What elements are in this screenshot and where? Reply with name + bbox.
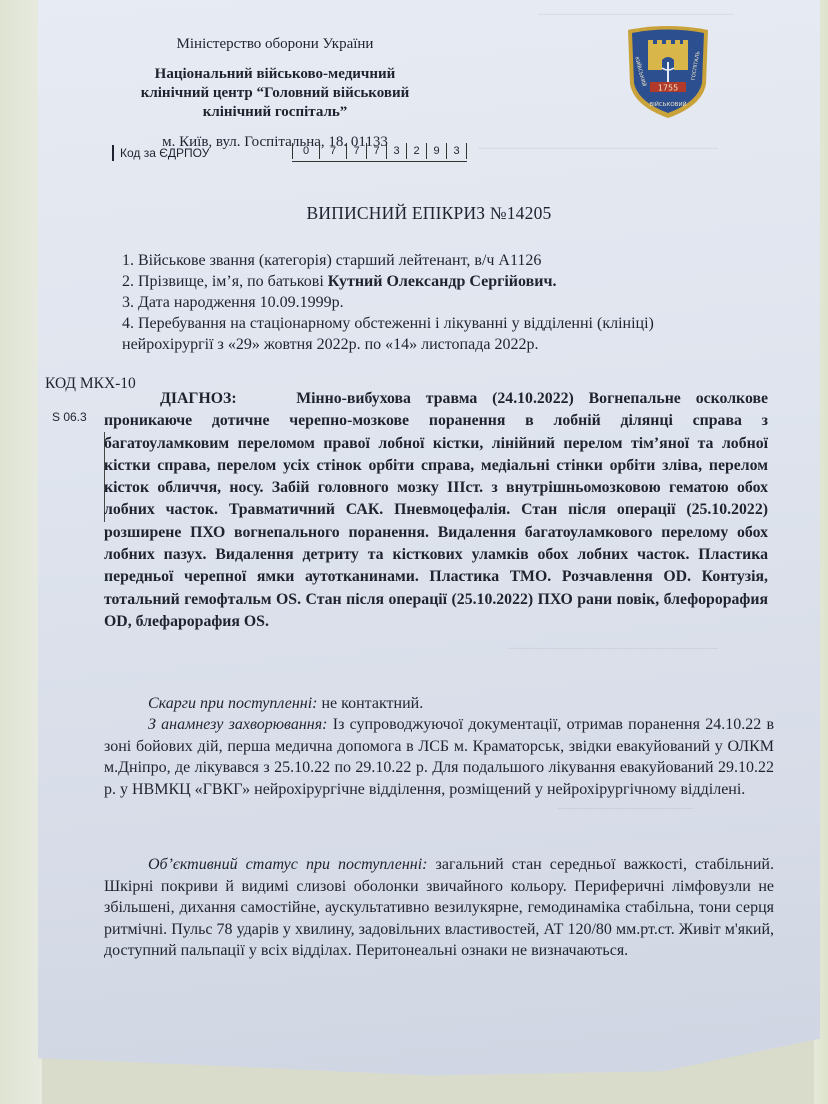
- center-name-line2: клінічний центр “Головний військовий: [110, 84, 440, 103]
- edrpou-digit: 3: [447, 143, 467, 159]
- objective-status-paragraph: Об’єктивний статус при поступленні: зага…: [104, 854, 774, 962]
- hospital-emblem-icon: 1755 ВІЙСЬКОВИЙ КИЇВСЬКИЙ ГОСПІТАЛЬ: [624, 22, 712, 120]
- ministry-name: Міністерство оборони України: [110, 36, 440, 53]
- patient-info-list: 1. Військове звання (категорія) старший …: [122, 250, 722, 355]
- diagnosis-block: ДІАГНОЗ: Мінно-вибухова травма (24.10.20…: [104, 388, 768, 633]
- info-item-text: 4. Перебування на стаціонарному обстежен…: [122, 315, 654, 353]
- edrpou-digit: 9: [427, 143, 447, 159]
- bleed-through-text: ——————————————: [508, 640, 718, 657]
- info-item-stay: 4. Перебування на стаціонарному обстежен…: [122, 313, 722, 355]
- edrpou-label: Код за ЄДРПОУ: [120, 146, 209, 160]
- center-name-line1: Національний військово-медичний: [110, 65, 440, 84]
- bleed-through-text: —————————————: [538, 6, 733, 23]
- edrpou-code-row: Код за ЄДРПОУ 0 7 7 7 3 2 9 3: [112, 143, 452, 163]
- patient-name: Кутний Олександр Сергійович.: [328, 273, 557, 290]
- edrpou-marker: [112, 145, 114, 161]
- info-item-name: 2. Прізвище, ім’я, по батькові Кутний Ол…: [122, 271, 722, 292]
- complaints-label: Скарги при поступленні:: [148, 695, 317, 712]
- icd-code: S 06.3: [52, 410, 87, 424]
- edrpou-digit: 7: [367, 143, 387, 159]
- anamnesis-paragraph: З анамнезу захворювання: Із супроводжуюч…: [104, 714, 774, 800]
- info-item-text: 3. Дата народження 10.09.1999р.: [122, 294, 344, 311]
- info-item-text: 1. Військове звання (категорія) старший …: [122, 252, 541, 269]
- info-item-text: 2. Прізвище, ім’я, по батькові: [122, 273, 328, 290]
- institution-header: Міністерство оборони України Національни…: [110, 36, 440, 151]
- diagnosis-text: Мінно-вибухова травма (24.10.2022) Вогне…: [104, 390, 768, 630]
- document-title: ВИПИСНИЙ ЕПІКРИЗ №14205: [0, 203, 828, 224]
- complaints-text: не контактний.: [317, 695, 423, 712]
- diagnosis-label: ДІАГНОЗ:: [160, 390, 237, 407]
- edrpou-digit: 2: [407, 143, 427, 159]
- info-item-birthdate: 3. Дата народження 10.09.1999р.: [122, 292, 722, 313]
- background-surface: [0, 0, 42, 1104]
- edrpou-digit: 7: [347, 143, 367, 159]
- edrpou-digit: 7: [320, 143, 347, 159]
- bleed-through-text: ————————————————: [478, 140, 718, 157]
- edrpou-digit-boxes: 0 7 7 7 3 2 9 3: [292, 143, 467, 162]
- objective-status-label: Об’єктивний статус при поступленні:: [148, 856, 427, 873]
- center-name-line3: клінічний госпіталь”: [110, 103, 440, 122]
- svg-text:ВІЙСЬКОВИЙ: ВІЙСЬКОВИЙ: [649, 101, 686, 108]
- svg-text:1755: 1755: [658, 84, 678, 93]
- complaints-paragraph: Скарги при поступленні: не контактний.: [104, 693, 774, 715]
- edrpou-digit: 3: [387, 143, 407, 159]
- info-item-rank: 1. Військове звання (категорія) старший …: [122, 250, 722, 271]
- bleed-through-text: —————————: [558, 800, 693, 817]
- edrpou-digit: 0: [292, 143, 320, 159]
- anamnesis-label: З анамнезу захворювання:: [148, 716, 328, 733]
